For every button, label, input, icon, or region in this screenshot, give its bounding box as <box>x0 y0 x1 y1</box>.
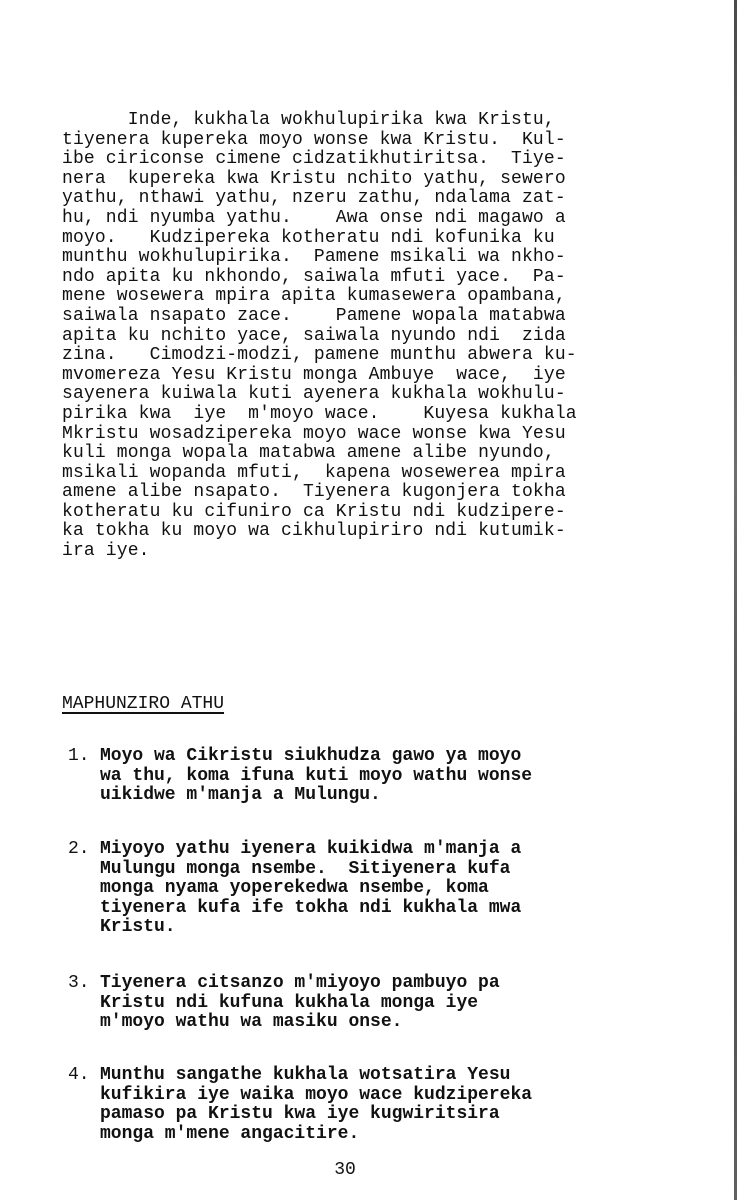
page-number-text: 30 <box>334 1160 356 1180</box>
lesson-item-2: 2. Miyoyo yathu iyenera kuikidwa m'manja… <box>68 840 688 918</box>
lesson-text: Moyo wa Cikristu siukhudza gawo ya moyo … <box>100 747 532 806</box>
section-heading: MAPHUNZIRO ATHU <box>62 694 224 714</box>
lesson-item-3: 3. Tiyenera citsanzo m'miyoyo pambuyo pa… <box>68 974 688 1052</box>
lesson-text: Munthu sangathe kukhala wotsatira Yesu k… <box>100 1066 532 1144</box>
lesson-number: 2. <box>68 840 90 860</box>
lesson-number: 1. <box>68 747 90 767</box>
lesson-number: 4. <box>68 1066 90 1086</box>
lesson-number: 3. <box>68 974 90 994</box>
lesson-item-4: 4. Munthu sangathe kukhala wotsatira Yes… <box>68 1066 688 1144</box>
book-page: Inde, kukhala wokhulupirika kwa Kristu, … <box>0 0 750 1200</box>
lesson-text: Miyoyo yathu iyenera kuikidwa m'manja a … <box>100 840 521 938</box>
lesson-item-1: 1. Moyo wa Cikristu siukhudza gawo ya mo… <box>68 747 688 825</box>
body-paragraph: Inde, kukhala wokhulupirika kwa Kristu, … <box>62 111 682 562</box>
lesson-text: Tiyenera citsanzo m'miyoyo pambuyo pa Kr… <box>100 974 500 1033</box>
page-number: 30 <box>0 1160 750 1180</box>
